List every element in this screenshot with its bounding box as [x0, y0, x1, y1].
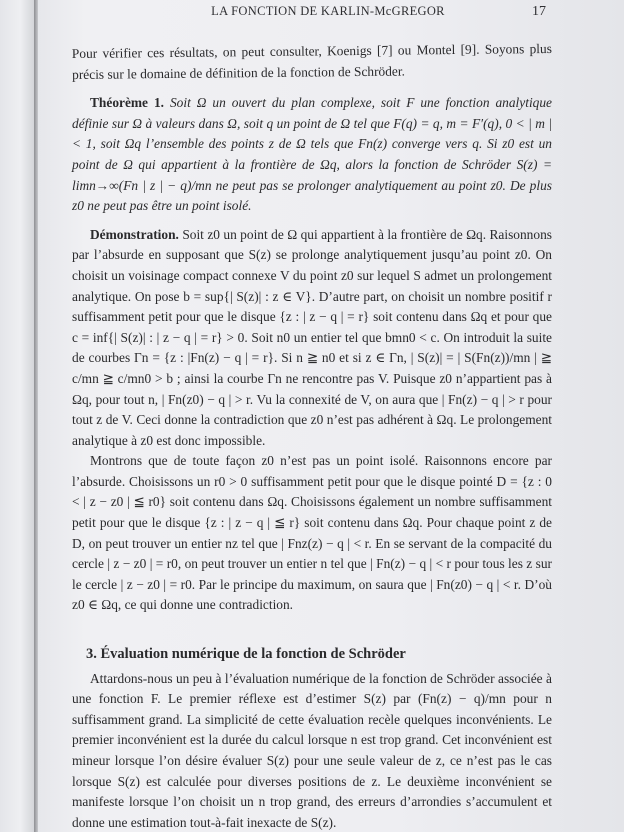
proof-paragraph: Démonstration. Soit z0 un point de Ω qui… [72, 225, 552, 452]
theorem-label: Théorème 1. [90, 95, 164, 110]
section-paragraph: Attardons-nous un peu à l’évaluation num… [72, 669, 552, 832]
proof-text: Soit z0 un point de Ω qui appartient à l… [72, 227, 552, 448]
proof-label: Démonstration. [90, 227, 179, 242]
proof-second-paragraph: Montrons que de toute façon z0 n’est pas… [72, 451, 552, 616]
running-title: LA FONCTION DE KARLIN-McGREGOR [198, 4, 458, 19]
page-number: 17 [532, 4, 546, 20]
previous-page-edge [0, 0, 34, 832]
intro-paragraph: Pour vérifier ces résultats, on peut con… [72, 39, 552, 85]
section-heading: 3. Évaluation numérique de la fonction d… [86, 644, 552, 665]
theorem-1: Théorème 1. Soit Ω un ouvert du plan com… [72, 93, 552, 217]
page-body: Pour vérifier ces résultats, on peut con… [72, 44, 552, 832]
theorem-statement: Soit Ω un ouvert du plan complexe, soit … [72, 95, 552, 213]
